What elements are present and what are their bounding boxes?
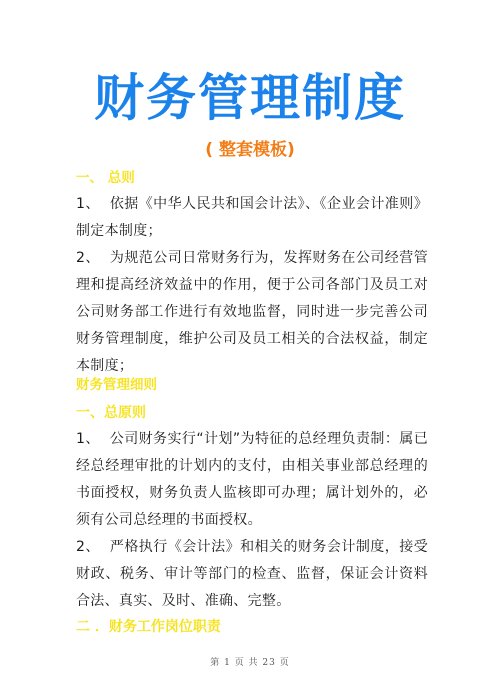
section-heading-general: 一、 总则 (76, 168, 428, 188)
document-title: 财务管理制度 (0, 66, 500, 130)
item-text: 公司财务实行“计划”为特征的总经理负责制：属已经总经理审批的计划内的支付，由相关… (76, 431, 428, 528)
paragraph: 1、依据《中华人民共和国会计法》、《企业会计准则》制定本制度； (76, 191, 428, 245)
subsection-heading-principles: 一、总原则 (76, 403, 428, 423)
principles-item-1: 1、公司财务实行“计划”为特征的总经理负责制：属已经总经理审批的计划内的支付，由… (76, 426, 428, 534)
item-text: 严格执行《会计法》和相关的财务会计制度，接受财政、税务、审计等部门的检查、监督，… (76, 539, 428, 609)
subsection-duties-heading-block: 二 ．财务工作岗位职责 (76, 617, 428, 637)
section-general-item-2: 2、为规范公司日常财务行为，发挥财务在公司经营管理和提高经济效益中的作用，便于公… (76, 245, 428, 380)
subsection-heading-duties: 二 ．财务工作岗位职责 (76, 617, 428, 637)
section-general: 一、 总则 (76, 168, 428, 188)
item-text: 为规范公司日常财务行为，发挥财务在公司经营管理和提高经济效益中的作用，便于公司各… (76, 250, 428, 374)
item-number: 2、 (76, 250, 100, 266)
document-subtitle: ( 整套模板) (0, 139, 500, 161)
paragraph: 1、公司财务实行“计划”为特征的总经理负责制：属已经总经理审批的计划内的支付，由… (76, 426, 428, 534)
item-number: 1、 (76, 196, 100, 212)
section-details-heading-block: 财务管理细则 (76, 375, 428, 395)
paragraph: 2、为规范公司日常财务行为，发挥财务在公司经营管理和提高经济效益中的作用，便于公… (76, 245, 428, 380)
item-number: 1、 (76, 431, 100, 447)
item-text: 依据《中华人民共和国会计法》、《企业会计准则》制定本制度； (76, 196, 428, 239)
paragraph: 2、严格执行《会计法》和相关的财务会计制度，接受财政、税务、审计等部门的检查、监… (76, 534, 428, 615)
page-footer: 第 1 页 共 23 页 (0, 656, 500, 670)
section-general-item-1: 1、依据《中华人民共和国会计法》、《企业会计准则》制定本制度； (76, 191, 428, 245)
item-number: 2、 (76, 539, 100, 555)
section-heading-details: 财务管理细则 (76, 375, 428, 395)
subsection-principles-heading-block: 一、总原则 (76, 403, 428, 423)
document-page: 财务管理制度 ( 整套模板) 一、 总则 1、依据《中华人民共和国会计法》、《企… (0, 0, 500, 694)
principles-item-2: 2、严格执行《会计法》和相关的财务会计制度，接受财政、税务、审计等部门的检查、监… (76, 534, 428, 615)
